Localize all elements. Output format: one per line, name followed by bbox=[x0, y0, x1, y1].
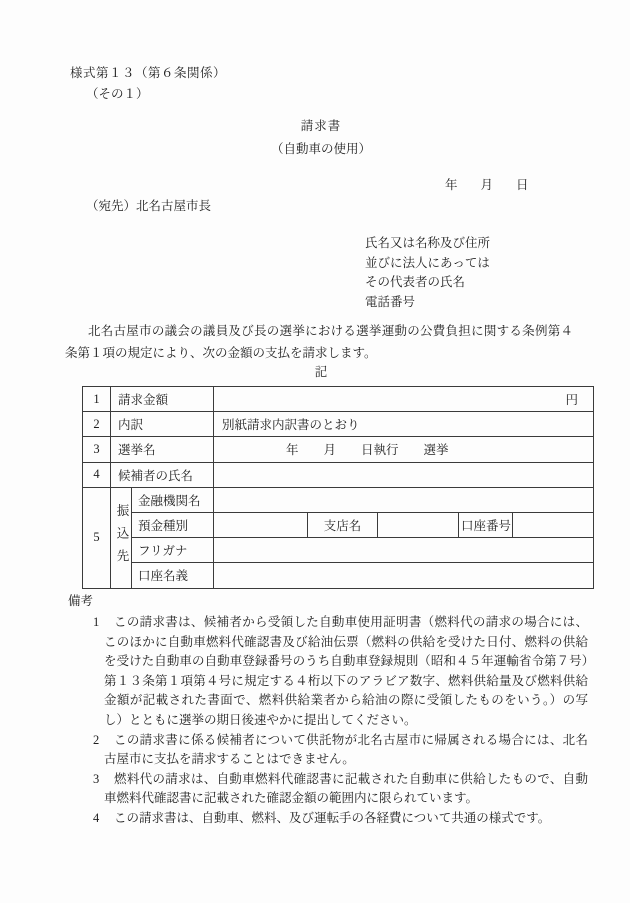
table-row: 2 内訳 別紙請求内訳書のとおり bbox=[83, 412, 594, 437]
form-number: 様式第１３（第６条関係） bbox=[70, 63, 226, 81]
row-number: 1 bbox=[83, 387, 111, 412]
note-number: 4 bbox=[93, 809, 99, 829]
notes-heading: 備考 bbox=[68, 591, 93, 609]
note-item: 3 燃料代の請求は、自動車燃料代確認書に記載された自動車に供給したもので、自動車… bbox=[68, 770, 588, 809]
transfer-destination-label: 振込先 bbox=[111, 490, 132, 586]
election-name-cell: 年 月 日執行 選挙 bbox=[214, 437, 594, 462]
note-text: この請求書は、候補者から受領した自動車使用証明書（燃料代の請求の場合には、このほ… bbox=[104, 615, 588, 727]
table-row: 口座名義 bbox=[83, 563, 594, 588]
claim-table: 1 請求金額 円 2 内訳 別紙請求内訳書のとおり 3 選挙名 年 月 日執行 … bbox=[82, 386, 594, 589]
note-number: 2 bbox=[93, 731, 99, 751]
furigana-cell bbox=[214, 538, 594, 563]
note-text: この請求書は、自動車、燃料、及び運転手の各経費について共通の様式です。 bbox=[114, 811, 550, 825]
sub-row-label: 預金種別 bbox=[132, 512, 214, 537]
sender-line: その代表者の氏名 bbox=[365, 273, 490, 293]
sub-row-label: 金融機関名 bbox=[132, 487, 214, 512]
row-number: 3 bbox=[83, 437, 111, 462]
transfer-destination-group: 振込先 bbox=[111, 487, 132, 588]
account-number-label: 口座番号 bbox=[459, 512, 513, 537]
row-number: 4 bbox=[83, 462, 111, 487]
document-page: { "page": { "form_no": "様式第１３（第６条関係）", "… bbox=[0, 0, 630, 903]
row-number: 5 bbox=[83, 487, 111, 588]
note-text: 燃料代の請求は、自動車燃料代確認書に記載された自動車に供給したもので、自動車燃料… bbox=[104, 772, 588, 806]
row-label: 候補者の氏名 bbox=[111, 462, 214, 487]
deposit-type-cell bbox=[214, 512, 308, 537]
sender-block: 氏名又は名称及び住所 並びに法人にあっては その代表者の氏名 電話番号 bbox=[365, 234, 490, 313]
note-text: この請求書に係る候補者について供託物が北名古屋市に帰属される場合には、北名古屋市… bbox=[104, 733, 588, 767]
row-label: 内訳 bbox=[111, 412, 214, 437]
sub-row-label: 口座名義 bbox=[132, 563, 214, 588]
document-title: 請求書 bbox=[12, 116, 630, 134]
branch-name-cell bbox=[378, 512, 459, 537]
notes-list: 1 この請求書は、候補者から受領した自動車使用証明書（燃料代の請求の場合には、こ… bbox=[68, 613, 588, 829]
month-label: 月 bbox=[481, 175, 494, 193]
date-line: 年 月 日 bbox=[445, 175, 529, 193]
row-number: 2 bbox=[83, 412, 111, 437]
bank-name-cell bbox=[214, 487, 594, 512]
table-row: 預金種別 支店名 口座番号 bbox=[83, 512, 594, 537]
yen-unit: 円 bbox=[566, 393, 579, 407]
breakdown-cell: 別紙請求内訳書のとおり bbox=[214, 412, 594, 437]
sub-row-label: フリガナ bbox=[132, 538, 214, 563]
sender-line: 氏名又は名称及び住所 bbox=[365, 234, 490, 254]
note-item: 2 この請求書に係る候補者について供託物が北名古屋市に帰属される場合には、北名古… bbox=[68, 731, 588, 770]
row-label: 請求金額 bbox=[111, 387, 214, 412]
table-row: 4 候補者の氏名 bbox=[83, 462, 594, 487]
form-part-number: （その１） bbox=[86, 84, 149, 102]
note-item: 1 この請求書は、候補者から受領した自動車使用証明書（燃料代の請求の場合には、こ… bbox=[68, 613, 588, 731]
account-number-cell bbox=[513, 512, 594, 537]
table-row: 5 振込先 金融機関名 bbox=[83, 487, 594, 512]
ki-label: 記 bbox=[12, 362, 630, 380]
table-row: 3 選挙名 年 月 日執行 選挙 bbox=[83, 437, 594, 462]
account-holder-cell bbox=[214, 563, 594, 588]
branch-name-label: 支店名 bbox=[308, 512, 378, 537]
sender-line: 並びに法人にあっては bbox=[365, 254, 490, 274]
addressee-line: （宛先）北名古屋市長 bbox=[86, 196, 211, 214]
amount-cell: 円 bbox=[214, 387, 594, 412]
day-label: 日 bbox=[516, 175, 529, 193]
note-item: 4 この請求書は、自動車、燃料、及び運転手の各経費について共通の様式です。 bbox=[68, 809, 588, 829]
note-number: 3 bbox=[93, 770, 99, 790]
row-label: 選挙名 bbox=[111, 437, 214, 462]
candidate-name-cell bbox=[214, 462, 594, 487]
table-row: フリガナ bbox=[83, 538, 594, 563]
sender-line: 電話番号 bbox=[365, 293, 490, 313]
document-subtitle: （自動車の使用） bbox=[12, 139, 630, 157]
note-number: 1 bbox=[93, 613, 99, 633]
year-label: 年 bbox=[445, 175, 458, 193]
table-row: 1 請求金額 円 bbox=[83, 387, 594, 412]
body-paragraph: 北名古屋市の議会の議員及び長の選挙における選挙運動の公費負担に関する条例第４条第… bbox=[65, 320, 573, 364]
